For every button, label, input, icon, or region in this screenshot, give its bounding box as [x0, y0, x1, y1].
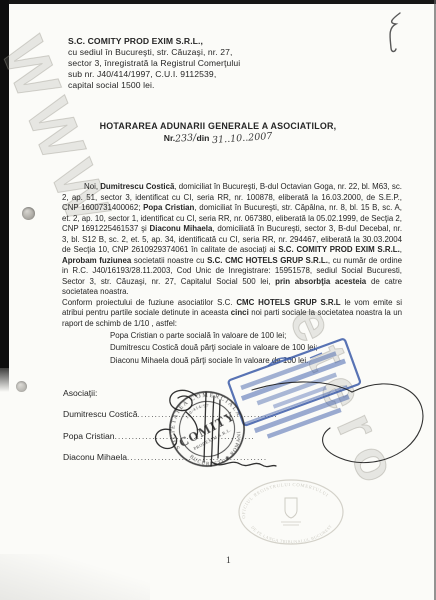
registry-oval-stamp: OFICIUL REGISTRULUI COMERTULUI DE PE LAN… [239, 480, 343, 544]
signature-row: Dumitrescu Costică......................… [63, 409, 278, 419]
number-prefix: Nr. [164, 133, 175, 143]
paragraph-identification: Noi, Dumitrescu Costică, domiciliat în B… [62, 182, 402, 298]
company-registry-line: sector 3, înregistrată la Registrul Come… [68, 58, 240, 69]
document-title: HOTARAREA ADUNARII GENERALE A ASOCIATILO… [30, 121, 406, 131]
page-number: 1 [226, 556, 231, 566]
company-name: S.C. COMITY PROD EXIM S.R.L., [68, 36, 240, 47]
scanned-document-page: WWW etero S.C. COMITY PROD EXIM S.R.L., … [0, 0, 436, 600]
associate-name: Dumitrescu Costică [63, 409, 138, 419]
company-header-block: S.C. COMITY PROD EXIM S.R.L., cu sediul … [68, 36, 240, 91]
associate-name: Diaconu Mihaela [63, 452, 127, 462]
svg-text:OFICIUL REGISTRULUI COMERTULUI: OFICIUL REGISTRULUI COMERTULUI [241, 482, 330, 519]
signature-block: Asociaţii: Dumitrescu Costică...........… [63, 388, 278, 474]
svg-text:DE PE LANGA TRIBUNALUL BUCURES: DE PE LANGA TRIBUNALUL BUCURESTI [250, 508, 333, 544]
allotment-line: Diaconu Mihaela două părţi sociale în va… [110, 355, 402, 366]
handwritten-date: 31..10..2007 [212, 131, 273, 146]
scan-edge-left-fade [0, 362, 9, 392]
din-label: din [197, 133, 210, 143]
punch-hole [22, 207, 35, 220]
scan-edge-top [0, 0, 436, 4]
company-address-line: cu sediul în Bucureşti, str. Căuzaşi, nr… [68, 47, 240, 58]
document-number-line: Nr.233/din 31..10..2007 [30, 133, 406, 144]
handwritten-corner-mark [384, 10, 410, 58]
signature-leader: ........................................… [138, 410, 278, 419]
associates-label: Asociaţii: [63, 388, 278, 398]
signature-leader: ........................................… [127, 453, 267, 462]
company-cui-line: sub nr. J40/414/1997, C.U.I. 9112539, [68, 69, 240, 80]
signature-row: Diaconu Mihaela.........................… [63, 452, 278, 462]
signature-leader: ........................................… [115, 432, 255, 441]
scan-edge-left [0, 0, 9, 368]
signature-row: Popa Cristian...........................… [63, 431, 278, 441]
associate-name: Popa Cristian [63, 431, 115, 441]
punch-hole [16, 381, 27, 392]
scan-shadow-bottom-left [0, 554, 150, 600]
paragraph-fusion-terms: Conform proiectului de fuziune asociatil… [62, 298, 402, 330]
allotment-line: Dumitrescu Costică două părţi sociale in… [110, 342, 402, 353]
document-body: Noi, Dumitrescu Costică, domiciliat în B… [62, 182, 402, 366]
company-capital-line: capital social 1500 lei. [68, 80, 240, 91]
handwritten-number: 233/ [175, 132, 197, 144]
allotment-line: Popa Cristian o parte socială în valoare… [110, 330, 402, 341]
